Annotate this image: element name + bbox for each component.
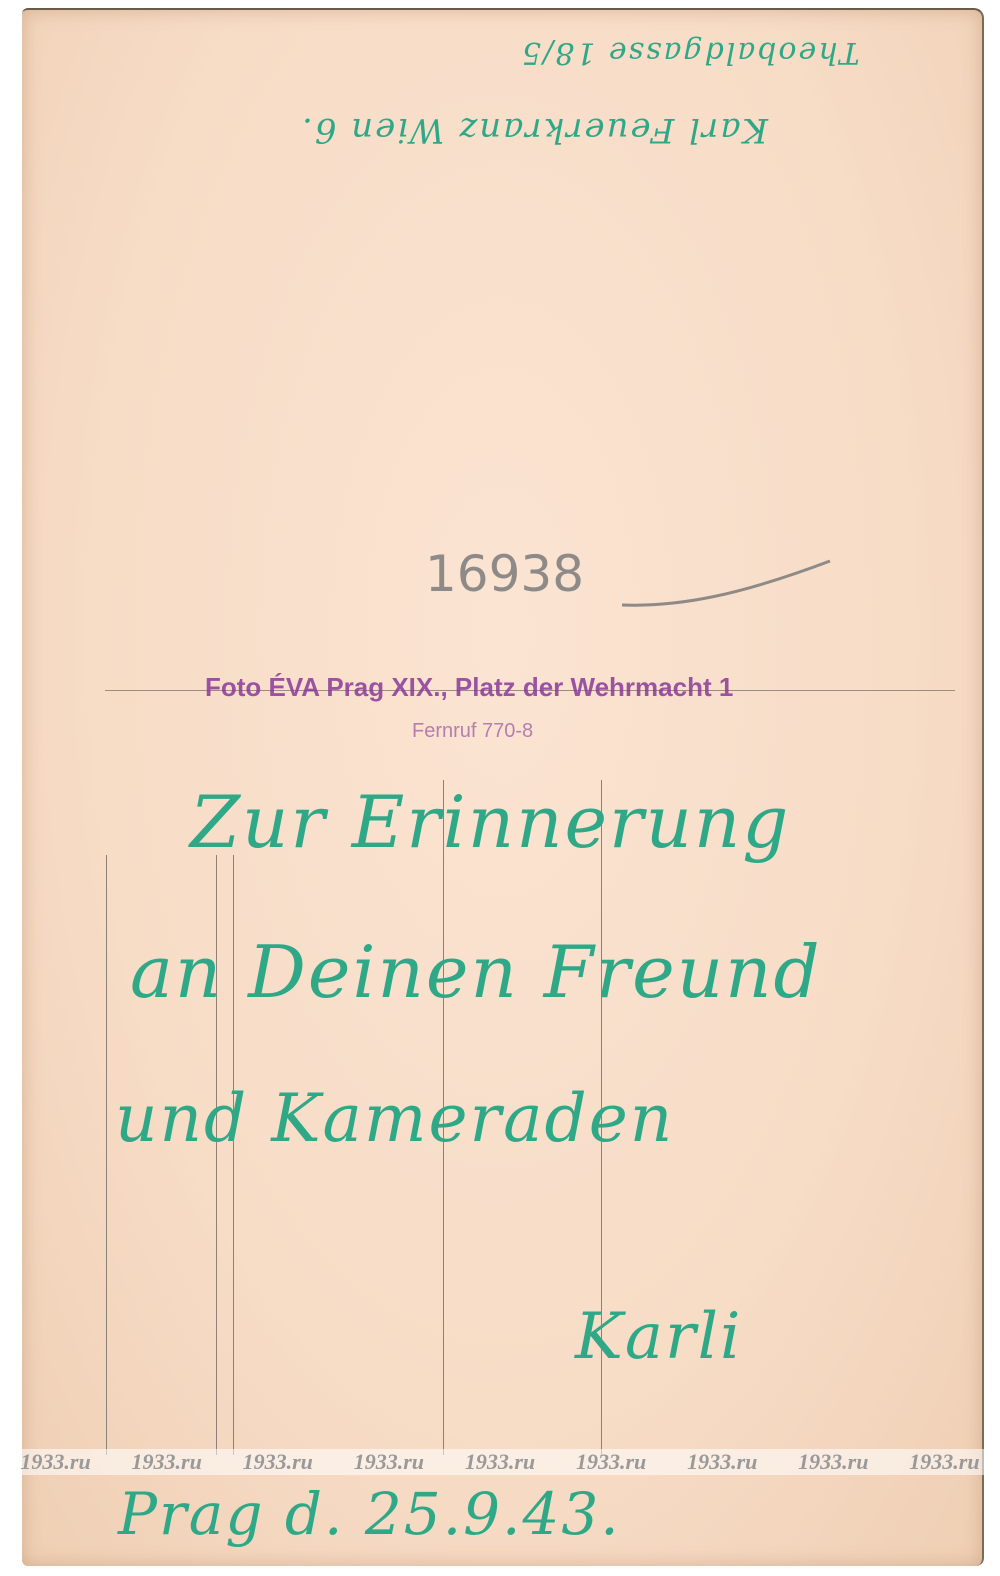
message-line-1: Zur Erinnerung — [190, 780, 790, 864]
pencil-stroke — [620, 555, 840, 615]
message-line-2: an Deinen Freund — [130, 930, 822, 1014]
watermark-text: 1933.ru — [354, 1449, 424, 1475]
watermark-text: 1933.ru — [243, 1449, 313, 1475]
watermark-text: 1933.ru — [465, 1449, 535, 1475]
pencil-archive-number: 16938 — [425, 545, 584, 603]
upside-down-address-line1: Karl Feuerkranz Wien 6. — [300, 110, 768, 150]
photographer-stamp-line1: Foto ÉVA Prag XIX., Platz der Wehrmacht … — [205, 672, 733, 703]
photographer-stamp-line2: Fernruf 770-8 — [412, 720, 533, 743]
watermark-strip: 1933.ru 1933.ru 1933.ru 1933.ru 1933.ru … — [0, 1449, 1000, 1475]
ruled-line — [106, 855, 107, 1455]
watermark-text: 1933.ru — [798, 1449, 868, 1475]
signature: Karli — [575, 1300, 743, 1374]
watermark-text: 1933.ru — [687, 1449, 757, 1475]
upside-down-address-line2: Theobaldgasse 18/5 — [520, 35, 860, 70]
watermark-text: 1933.ru — [20, 1449, 90, 1475]
message-line-3: und Kameraden — [115, 1080, 674, 1157]
place-and-date: Prag d. 25.9.43. — [118, 1480, 621, 1548]
watermark-text: 1933.ru — [909, 1449, 979, 1475]
watermark-text: 1933.ru — [576, 1449, 646, 1475]
watermark-text: 1933.ru — [132, 1449, 202, 1475]
